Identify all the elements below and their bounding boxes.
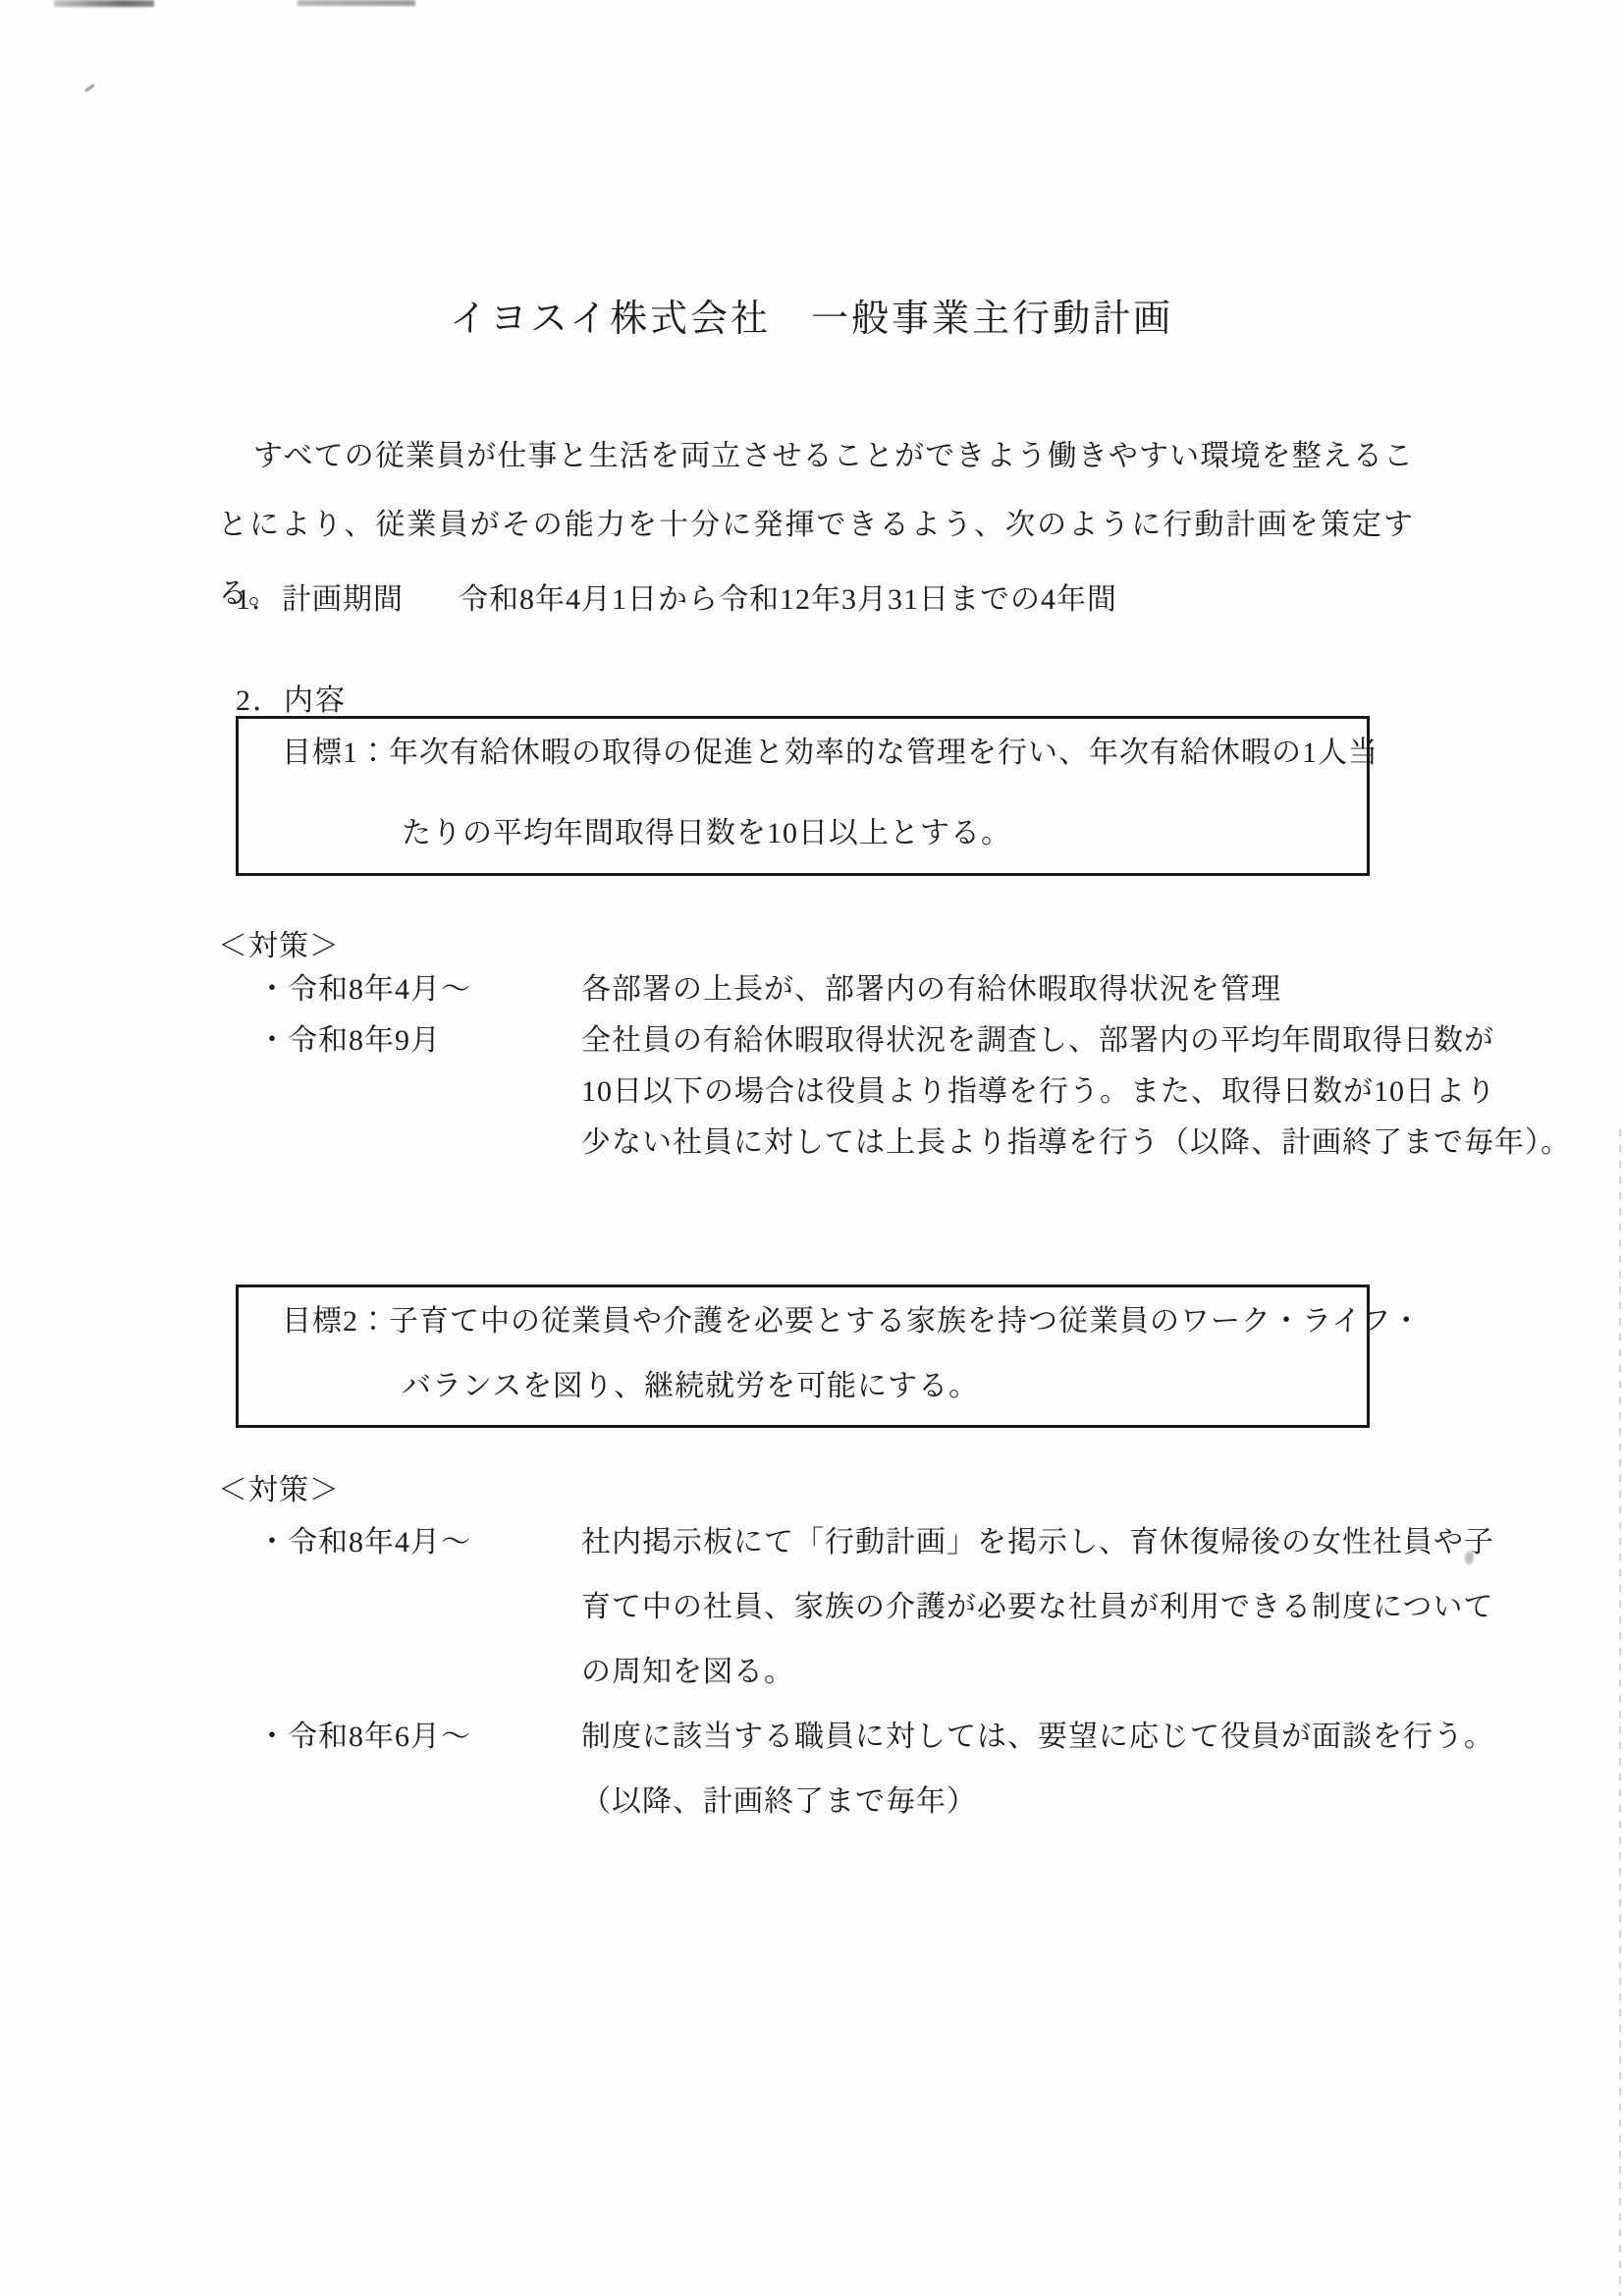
goal-1-text-line-2: たりの平均年間取得日数を10日以上とする。 <box>402 815 1343 852</box>
measure-text-line: 社内掲示板にて「行動計画」を掲示し、育休復帰後の女性社員や子 <box>581 1510 1494 1575</box>
measures-label-2: ＜対策＞ <box>218 1465 340 1508</box>
measure-date: ・令和8年4月～ <box>257 1510 581 1575</box>
goal-2-box: 目標2：子育て中の従業員や介護を必要とする家族を持つ従業員のワーク・ライフ・ バ… <box>236 1285 1370 1428</box>
measure-text-line: 制度に該当する職員に対しては、要望に応じて役員が面談を行う。 <box>581 1705 1494 1770</box>
plan-period-value: 令和8年4月1日から令和12年3月31日までの4年間 <box>459 583 1117 616</box>
measures-list-2: ・令和8年4月～ 社内掲示板にて「行動計画」を掲示し、育休復帰後の女性社員や子 … <box>257 1510 1416 1834</box>
measure-text-line: 少ない社員に対しては上長より指導を行う（以降、計画終了まで毎年）。 <box>581 1118 1571 1169</box>
measure-text-line: 全社員の有給休暇取得状況を調査し、部署内の平均年間取得日数が <box>581 1015 1571 1066</box>
scan-edge-line <box>1619 1129 1621 2296</box>
measure-text: 制度に該当する職員に対しては、要望に応じて役員が面談を行う。 （以降、計画終了ま… <box>581 1705 1494 1834</box>
measure-item: ・令和8年9月 全社員の有給休暇取得状況を調査し、部署内の平均年間取得日数が 1… <box>257 1015 1416 1169</box>
goal-2-text-line-1: 目標2：子育て中の従業員や介護を必要とする家族を持つ従業員のワーク・ライフ・ <box>282 1303 1343 1340</box>
measure-text-line: 育て中の社員、家族の介護が必要な社員が利用できる制度について <box>581 1575 1494 1640</box>
scan-smudge-left <box>54 0 154 7</box>
measure-text-line: 各部署の上長が、部署内の有給休暇取得状況を管理 <box>581 964 1416 1015</box>
scan-smudge-right <box>298 0 415 6</box>
measure-text: 社内掲示板にて「行動計画」を掲示し、育休復帰後の女性社員や子 育て中の社員、家族… <box>581 1510 1494 1705</box>
contents-heading: 2．内容 <box>236 676 347 719</box>
goal-1-box: 目標1：年次有給休暇の取得の促進と効率的な管理を行い、年次有給休暇の1人当 たり… <box>236 716 1370 876</box>
measure-text-line: の周知を図る。 <box>581 1640 1494 1705</box>
scanned-document-page: イヨスイ株式会社 一般事業主行動計画 すべての従業員が仕事と生活を両立させること… <box>0 0 1623 2296</box>
measure-item: ・令和8年4月～ 各部署の上長が、部署内の有給休暇取得状況を管理 <box>257 964 1416 1015</box>
document-title: イヨスイ株式会社 一般事業主行動計画 <box>0 288 1623 342</box>
measures-label-1: ＜対策＞ <box>218 921 340 964</box>
plan-period-label: 1．計画期間 <box>236 583 404 616</box>
measure-item: ・令和8年4月～ 社内掲示板にて「行動計画」を掲示し、育休復帰後の女性社員や子 … <box>257 1510 1416 1705</box>
goal-2-text-line-2: バランスを図り、継続就労を可能にする。 <box>402 1368 1343 1405</box>
measure-date: ・令和8年9月 <box>257 1015 581 1066</box>
measures-list-1: ・令和8年4月～ 各部署の上長が、部署内の有給休暇取得状況を管理 ・令和8年9月… <box>257 964 1416 1169</box>
measure-text: 各部署の上長が、部署内の有給休暇取得状況を管理 <box>581 964 1416 1015</box>
measure-text-line: （以降、計画終了まで毎年） <box>581 1770 1494 1834</box>
measure-item: ・令和8年6月～ 制度に該当する職員に対しては、要望に応じて役員が面談を行う。 … <box>257 1705 1416 1834</box>
plan-period-row: 1．計画期間令和8年4月1日から令和12年3月31日までの4年間 <box>236 574 1117 618</box>
measure-date: ・令和8年6月～ <box>257 1705 581 1770</box>
measure-text: 全社員の有給休暇取得状況を調査し、部署内の平均年間取得日数が 10日以下の場合は… <box>581 1015 1571 1169</box>
scan-mark <box>84 83 95 92</box>
measure-text-line: 10日以下の場合は役員より指導を行う。また、取得日数が10日より <box>581 1066 1571 1118</box>
measure-date: ・令和8年4月～ <box>257 964 581 1015</box>
goal-1-text-line-1: 目標1：年次有給休暇の取得の促進と効率的な管理を行い、年次有給休暇の1人当 <box>282 735 1343 772</box>
